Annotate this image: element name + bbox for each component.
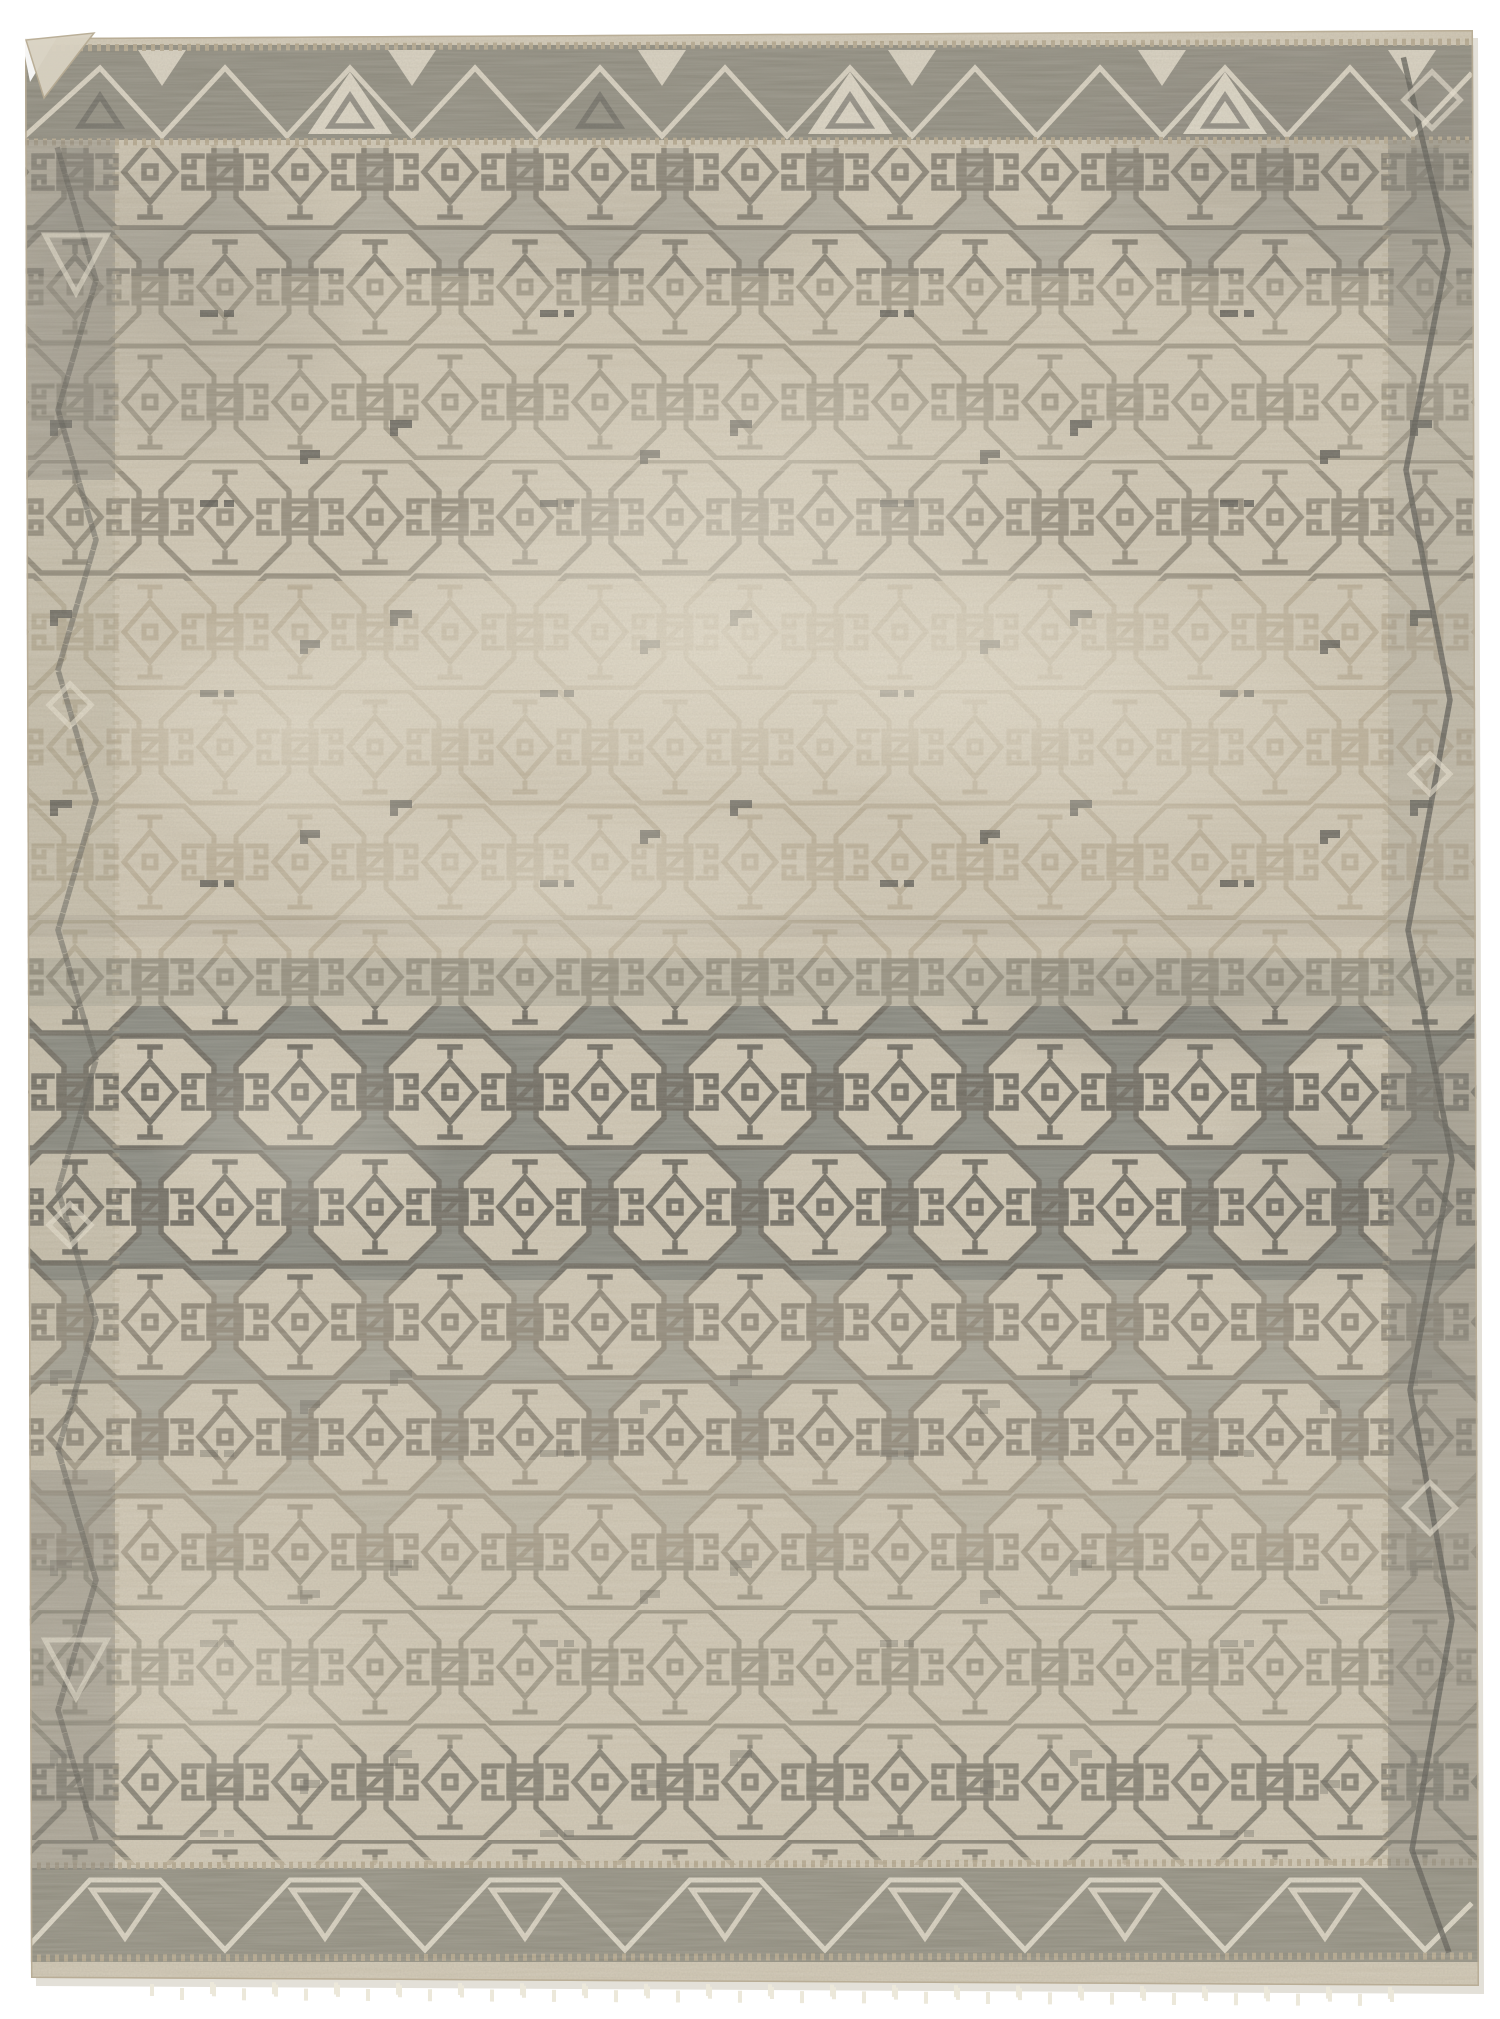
grain-texture [0,0,1500,2019]
rug-canvas [0,0,1500,2019]
rug-photo [0,0,1500,2019]
fringe-tufts [180,1994,1380,2000]
rug [0,0,1500,2019]
